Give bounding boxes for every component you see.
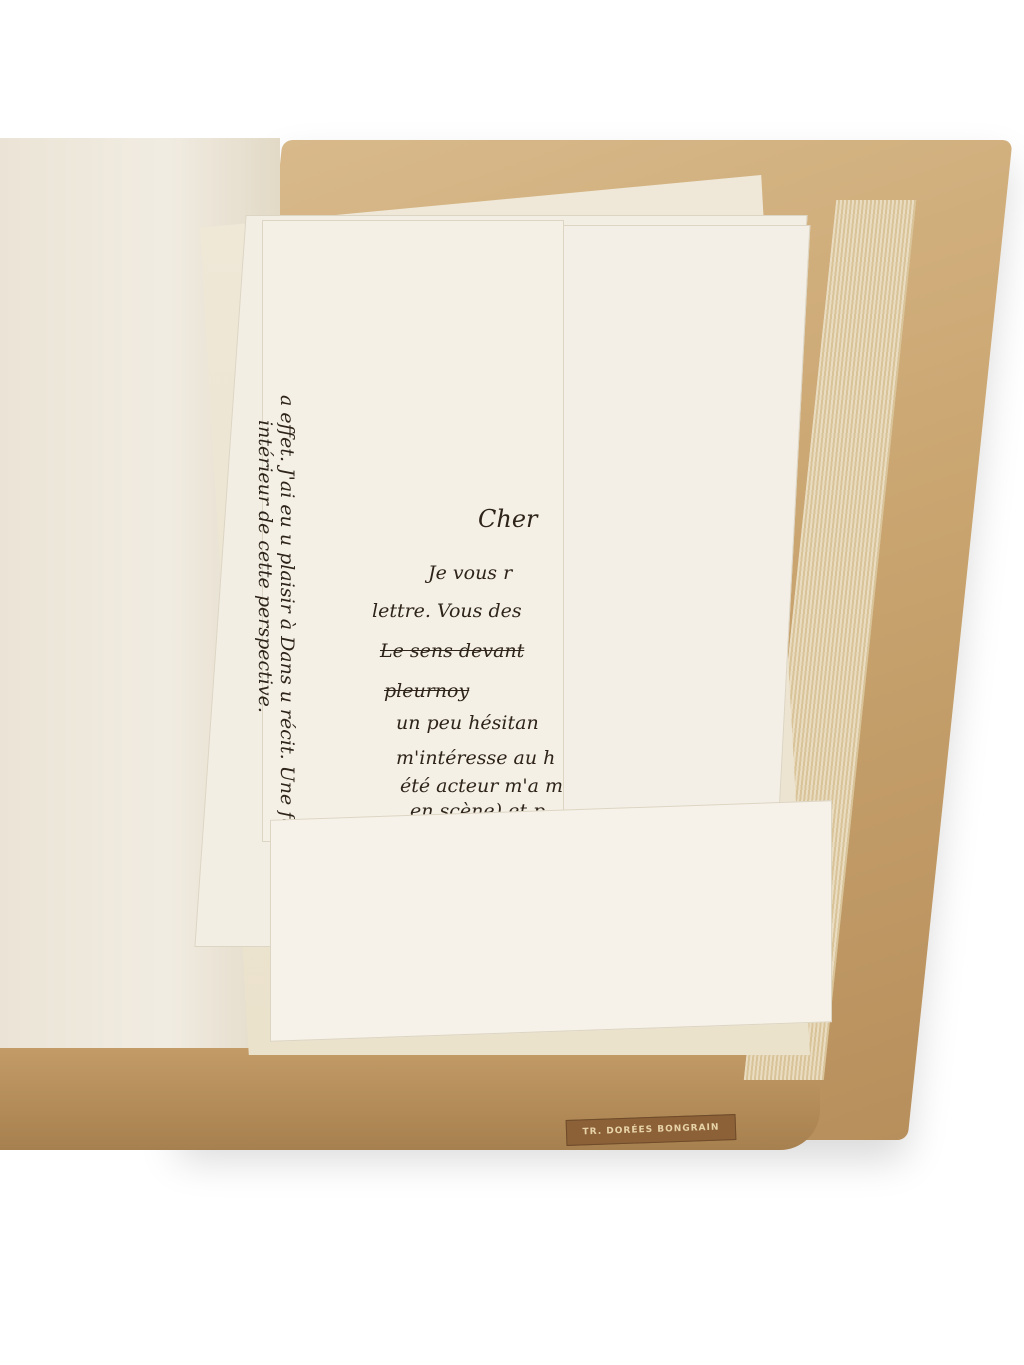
letter-line-struck: pleurnoy (384, 680, 469, 702)
book-photo: a effet. J'ai eu u plaisir à Dans u réci… (0, 0, 1024, 1365)
letter-line: Je vous r (428, 562, 512, 584)
margin-note-line-2: intérieur de cette perspective. (252, 420, 278, 713)
letter-line: lettre. Vous des (372, 600, 522, 622)
letter-line: un peu hésitan (396, 712, 539, 734)
letter-salutation: Cher (478, 505, 538, 533)
letter-line: m'intéresse au h (396, 747, 555, 769)
inserted-note-card (270, 800, 832, 1042)
letter-line: été acteur m'a m (400, 775, 563, 797)
letter-line-struck: Le sens devant (380, 640, 524, 662)
